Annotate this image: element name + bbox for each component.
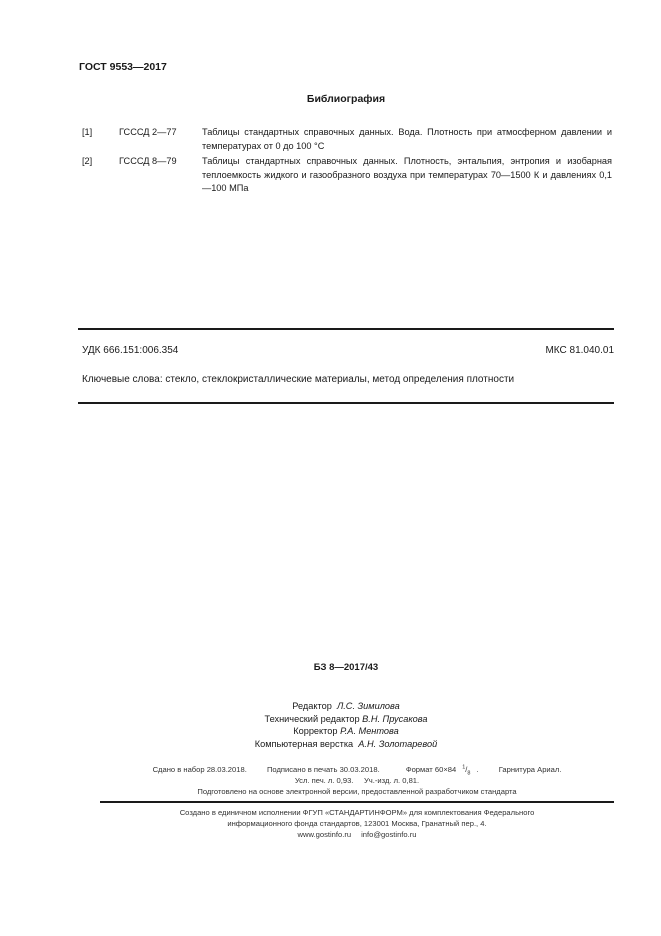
- website-link[interactable]: www.gostinfo.ru: [297, 830, 351, 839]
- divider-footer: [100, 801, 614, 803]
- publisher-line2: информационного фонда стандартов, 123001…: [100, 818, 614, 829]
- entry-description: Таблицы стандартных справочных данных. П…: [202, 155, 612, 196]
- mks-code: МКС 81.040.01: [545, 345, 614, 356]
- publisher-sheets: Уч.-изд. л. 0,81.: [364, 776, 419, 785]
- bibliography-entry: [1] ГСССД 2—77 Таблицы стандартных справ…: [82, 126, 612, 153]
- submitted-date: Сдано в набор 28.03.2018.: [153, 765, 247, 774]
- bibliography-title: Библиография: [0, 93, 661, 105]
- publisher-contacts: www.gostinfo.ruinfo@gostinfo.ru: [100, 829, 614, 840]
- publisher-line1: Создано в единичном исполнении ФГУП «СТА…: [100, 807, 614, 818]
- credit-name: А.Н. Золотаревой: [358, 739, 437, 749]
- credit-tech-editor: Технический редактор В.Н. Прусакова: [0, 713, 661, 726]
- signed-date: Подписано в печать 30.03.2018.: [261, 765, 386, 774]
- credit-editor: Редактор Л.С. Зимилова: [0, 700, 661, 713]
- entry-number: [1]: [82, 126, 119, 153]
- publisher-info: Создано в единичном исполнении ФГУП «СТА…: [100, 807, 614, 840]
- entry-number: [2]: [82, 155, 119, 196]
- entry-description: Таблицы стандартных справочных данных. В…: [202, 126, 612, 153]
- credit-layout: Компьютерная верстка А.Н. Золотаревой: [0, 738, 661, 751]
- keywords: Ключевые слова: стекло, стеклокристаллич…: [82, 374, 514, 385]
- credit-name: Л.С. Зимилова: [337, 701, 400, 711]
- bibliography-list: [1] ГСССД 2—77 Таблицы стандартных справ…: [82, 126, 612, 198]
- udk-code: УДК 666.151:006.354: [82, 345, 178, 356]
- divider-bottom: [78, 402, 614, 404]
- typeface: Гарнитура Ариал.: [499, 765, 562, 774]
- divider-top: [78, 328, 614, 330]
- credit-corrector: Корректор Р.А. Ментова: [0, 725, 661, 738]
- print-sheets: Усл. печ. л. 0,93.: [295, 776, 354, 785]
- print-details-line2: Усл. печ. л. 0,93. Уч.-изд. л. 0,81.: [100, 775, 614, 786]
- email-link[interactable]: info@gostinfo.ru: [361, 830, 416, 839]
- print-details: Сдано в набор 28.03.2018. Подписано в пе…: [100, 764, 614, 797]
- credit-name: Р.А. Ментова: [340, 726, 399, 736]
- prepared-note: Подготовлено на основе электронной верси…: [100, 786, 614, 797]
- paper-format: Формат 60×841/8.: [400, 765, 485, 774]
- entry-reference: ГСССД 8—79: [119, 155, 202, 196]
- print-details-line1: Сдано в набор 28.03.2018. Подписано в пе…: [100, 764, 614, 775]
- entry-reference: ГСССД 2—77: [119, 126, 202, 153]
- credit-name: В.Н. Прусакова: [362, 714, 427, 724]
- bz-code: БЗ 8—2017/43: [0, 662, 661, 673]
- bibliography-entry: [2] ГСССД 8—79 Таблицы стандартных справ…: [82, 155, 612, 196]
- document-code: ГОСТ 9553—2017: [79, 61, 167, 73]
- credits: Редактор Л.С. Зимилова Технический редак…: [0, 700, 661, 751]
